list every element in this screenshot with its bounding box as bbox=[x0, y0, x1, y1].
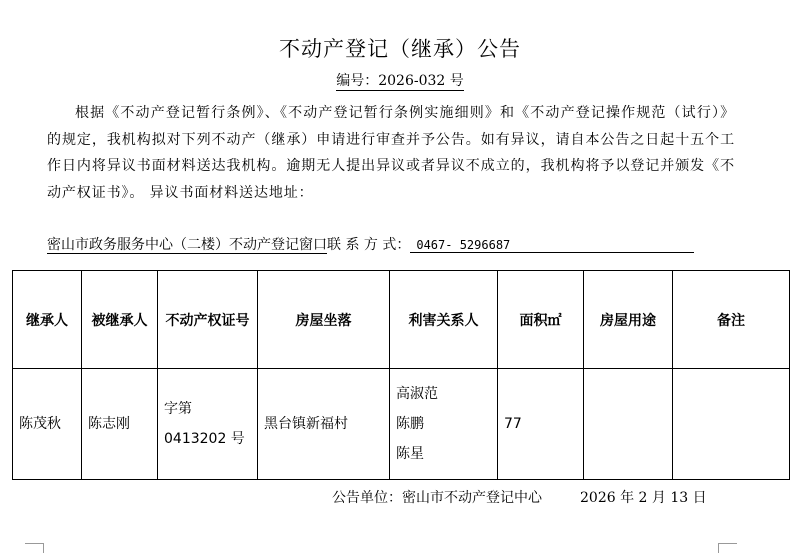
issue-date: 2026 年 2 月 13 日 bbox=[580, 490, 707, 506]
page-corner-mark bbox=[718, 543, 737, 553]
cell-area: 77 bbox=[498, 369, 584, 480]
interested-party: 陈星 bbox=[396, 439, 497, 469]
cell-heir: 陈茂秋 bbox=[13, 369, 82, 480]
header-usage: 房屋用途 bbox=[584, 271, 673, 369]
document-number: 编号：2026-032 号 bbox=[0, 70, 800, 90]
interested-party: 高淑范 bbox=[396, 379, 497, 409]
header-remarks: 备注 bbox=[673, 271, 790, 369]
footer: 公告单位：密山市不动产登记中心2026 年 2 月 13 日 bbox=[332, 487, 707, 507]
notice-table: 继承人 被继承人 不动产权证号 房屋坐落 利害关系人 面积㎡ 房屋用途 备注 陈… bbox=[12, 270, 790, 480]
cell-decedent: 陈志刚 bbox=[82, 369, 158, 480]
header-cert-no: 不动产权证号 bbox=[158, 271, 258, 369]
table-header-row: 继承人 被继承人 不动产权证号 房屋坐落 利害关系人 面积㎡ 房屋用途 备注 bbox=[13, 271, 790, 369]
submission-address: 密山市政务服务中心（二楼）不动产登记窗口 bbox=[47, 237, 327, 254]
notice-body: 根据《不动产登记暂行条例》、《不动产登记暂行条例实施细则》和《不动产登记操作规范… bbox=[47, 100, 735, 207]
cell-cert-no: 字第 0413202 号 bbox=[158, 369, 258, 480]
cell-location: 黑台镇新福村 bbox=[258, 369, 390, 480]
page-corner-mark bbox=[25, 543, 44, 553]
page-title: 不动产登记（继承）公告 bbox=[0, 33, 800, 63]
contact-label: 联 系 方 式： bbox=[327, 237, 410, 253]
cell-remarks bbox=[673, 369, 790, 480]
cell-usage bbox=[584, 369, 673, 480]
header-area: 面积㎡ bbox=[498, 271, 584, 369]
contact-phone: 0467- 5296687 bbox=[410, 238, 694, 253]
header-heir: 继承人 bbox=[13, 271, 82, 369]
document-number-text: 编号：2026-032 号 bbox=[336, 73, 464, 91]
contact-line: 密山市政务服务中心（二楼）不动产登记窗口联 系 方 式：0467- 529668… bbox=[47, 234, 694, 254]
header-decedent: 被继承人 bbox=[82, 271, 158, 369]
header-location: 房屋坐落 bbox=[258, 271, 390, 369]
table-row: 陈茂秋 陈志刚 字第 0413202 号 黑台镇新福村 高淑范 陈鹏 陈星 77 bbox=[13, 369, 790, 480]
cell-interested-parties: 高淑范 陈鹏 陈星 bbox=[390, 369, 498, 480]
issuer: 公告单位：密山市不动产登记中心 bbox=[332, 490, 542, 506]
header-interested-parties: 利害关系人 bbox=[390, 271, 498, 369]
interested-party: 陈鹏 bbox=[396, 409, 497, 439]
